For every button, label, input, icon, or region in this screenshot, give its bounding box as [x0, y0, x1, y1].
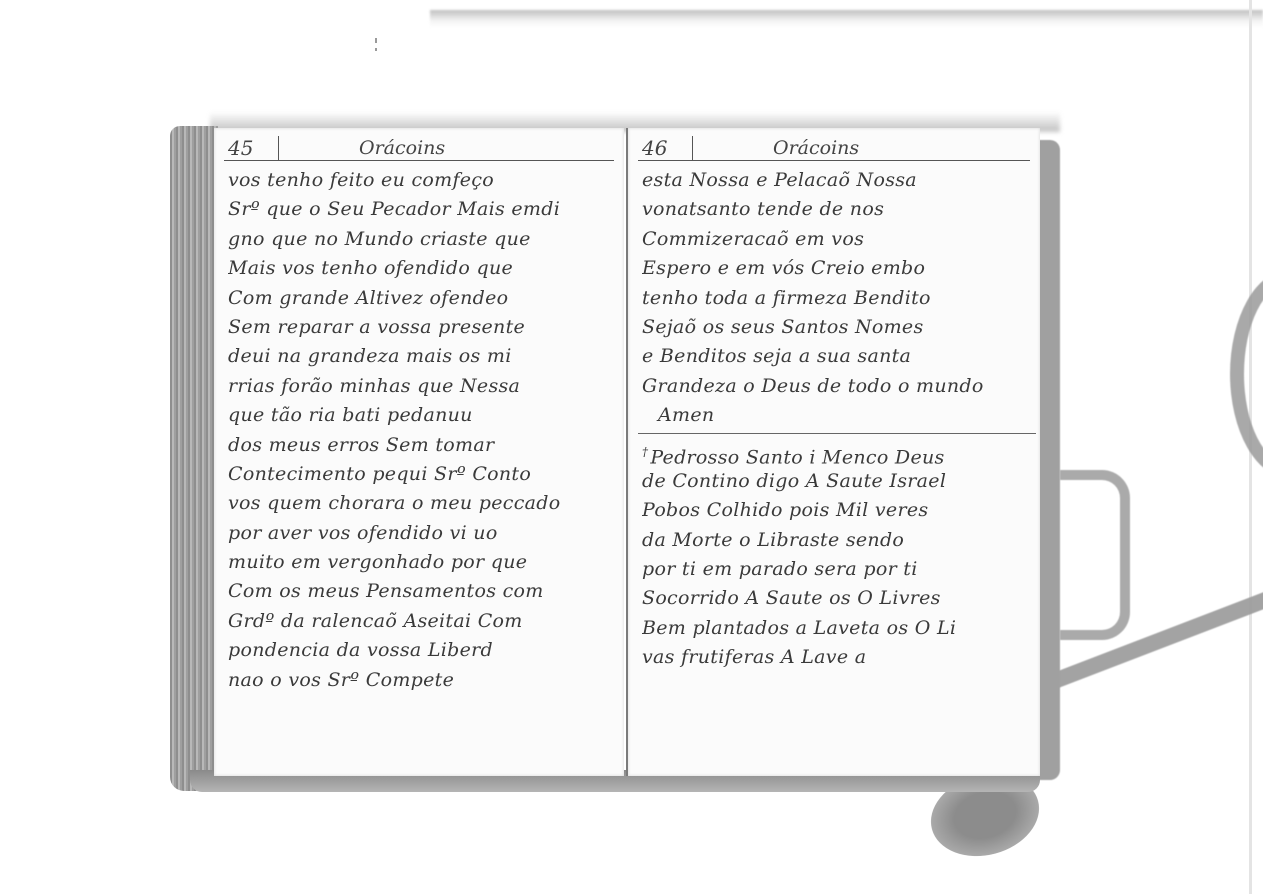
text-line: Contecimento pequi Srº Conto: [228, 460, 616, 489]
dust-speck: [375, 38, 377, 43]
text-line: Grandeza o Deus de todo o mundo: [642, 372, 1032, 401]
text-line: vos quem chorara o meu peccado: [228, 489, 616, 518]
text-line: dos meus erros Sem tomar: [228, 431, 616, 460]
text-line: da Morte o Libraste sendo: [642, 526, 1032, 555]
page-title: Orácoins: [693, 136, 859, 160]
text-line: nao o vos Srº Compete: [228, 666, 616, 695]
text-line: rrias forão minhas que Nessa: [228, 372, 616, 401]
text-line: por aver vos ofendido vi uo: [228, 519, 616, 548]
text-line: tenho toda a firmeza Bendito: [642, 284, 1032, 313]
text-line: que tão ria bati pedanuu: [228, 401, 616, 430]
section-divider: [638, 433, 1036, 434]
text-line: gno que no Mundo criaste que: [228, 225, 616, 254]
text-line: pondencia da vossa Liberd: [228, 636, 616, 665]
text-line: de Contino digo A Saute Israel: [642, 467, 1032, 496]
text-line: Srº que o Seu Pecador Mais emdi: [228, 195, 616, 224]
text-line: Pobos Colhido pois Mil veres: [642, 496, 1032, 525]
text-line: por ti em parado sera por ti: [642, 555, 1032, 584]
open-notebook: 45 Orácoins vos tenho feito eu comfeço S…: [170, 120, 1075, 800]
text-line: †Pedrosso Santo i Menco Deus: [642, 438, 1032, 467]
text-line-content: Pedrosso Santo i Menco Deus: [650, 446, 944, 467]
text-line: muito em vergonhado por que: [228, 548, 616, 577]
cross-mark-icon: †: [642, 445, 648, 459]
page-number: 46: [638, 136, 693, 160]
book-cover-left-edge: [170, 126, 218, 791]
text-line: Com os meus Pensamentos com: [228, 577, 616, 606]
scan-shadow-top: [430, 10, 1263, 28]
text-line: Socorrido A Saute os O Livres: [642, 584, 1032, 613]
text-line: vas frutiferas A Lave a: [642, 643, 1032, 672]
right-page-header: 46 Orácoins: [638, 134, 1030, 161]
left-page-text: vos tenho feito eu comfeço Srº que o Seu…: [228, 166, 616, 695]
text-line: vos tenho feito eu comfeço: [228, 166, 616, 195]
page-title: Orácoins: [279, 136, 445, 160]
text-line: Bem plantados a Laveta os O Li: [642, 614, 1032, 643]
left-page: 45 Orácoins vos tenho feito eu comfeço S…: [214, 128, 624, 776]
text-line: vonatsanto tende de nos: [642, 195, 1032, 224]
text-line: Espero e em vós Creio embo: [642, 254, 1032, 283]
text-line: Amen: [642, 401, 1032, 430]
text-line: Grdº da ralencaõ Aseitai Com: [228, 607, 616, 636]
text-line: esta Nossa e Pelacaõ Nossa: [642, 166, 1032, 195]
text-line: Mais vos tenho ofendido que: [228, 254, 616, 283]
right-page-text: esta Nossa e Pelacaõ Nossa vonatsanto te…: [642, 166, 1032, 673]
text-line: Com grande Altivez ofendeo: [228, 284, 616, 313]
text-line: deui na grandeza mais os mi: [228, 342, 616, 371]
text-line: e Benditos seja a sua santa: [642, 342, 1032, 371]
left-page-header: 45 Orácoins: [224, 134, 614, 161]
text-line: Sejaõ os seus Santos Nomes: [642, 313, 1032, 342]
text-line: Commizeracaõ em vos: [642, 225, 1032, 254]
clasp-ring: [1230, 270, 1263, 478]
right-page: 46 Orácoins esta Nossa e Pelacaõ Nossa v…: [626, 128, 1040, 776]
page-number: 45: [224, 136, 279, 160]
text-line: Sem reparar a vossa presente: [228, 313, 616, 342]
dust-speck: [375, 48, 377, 51]
